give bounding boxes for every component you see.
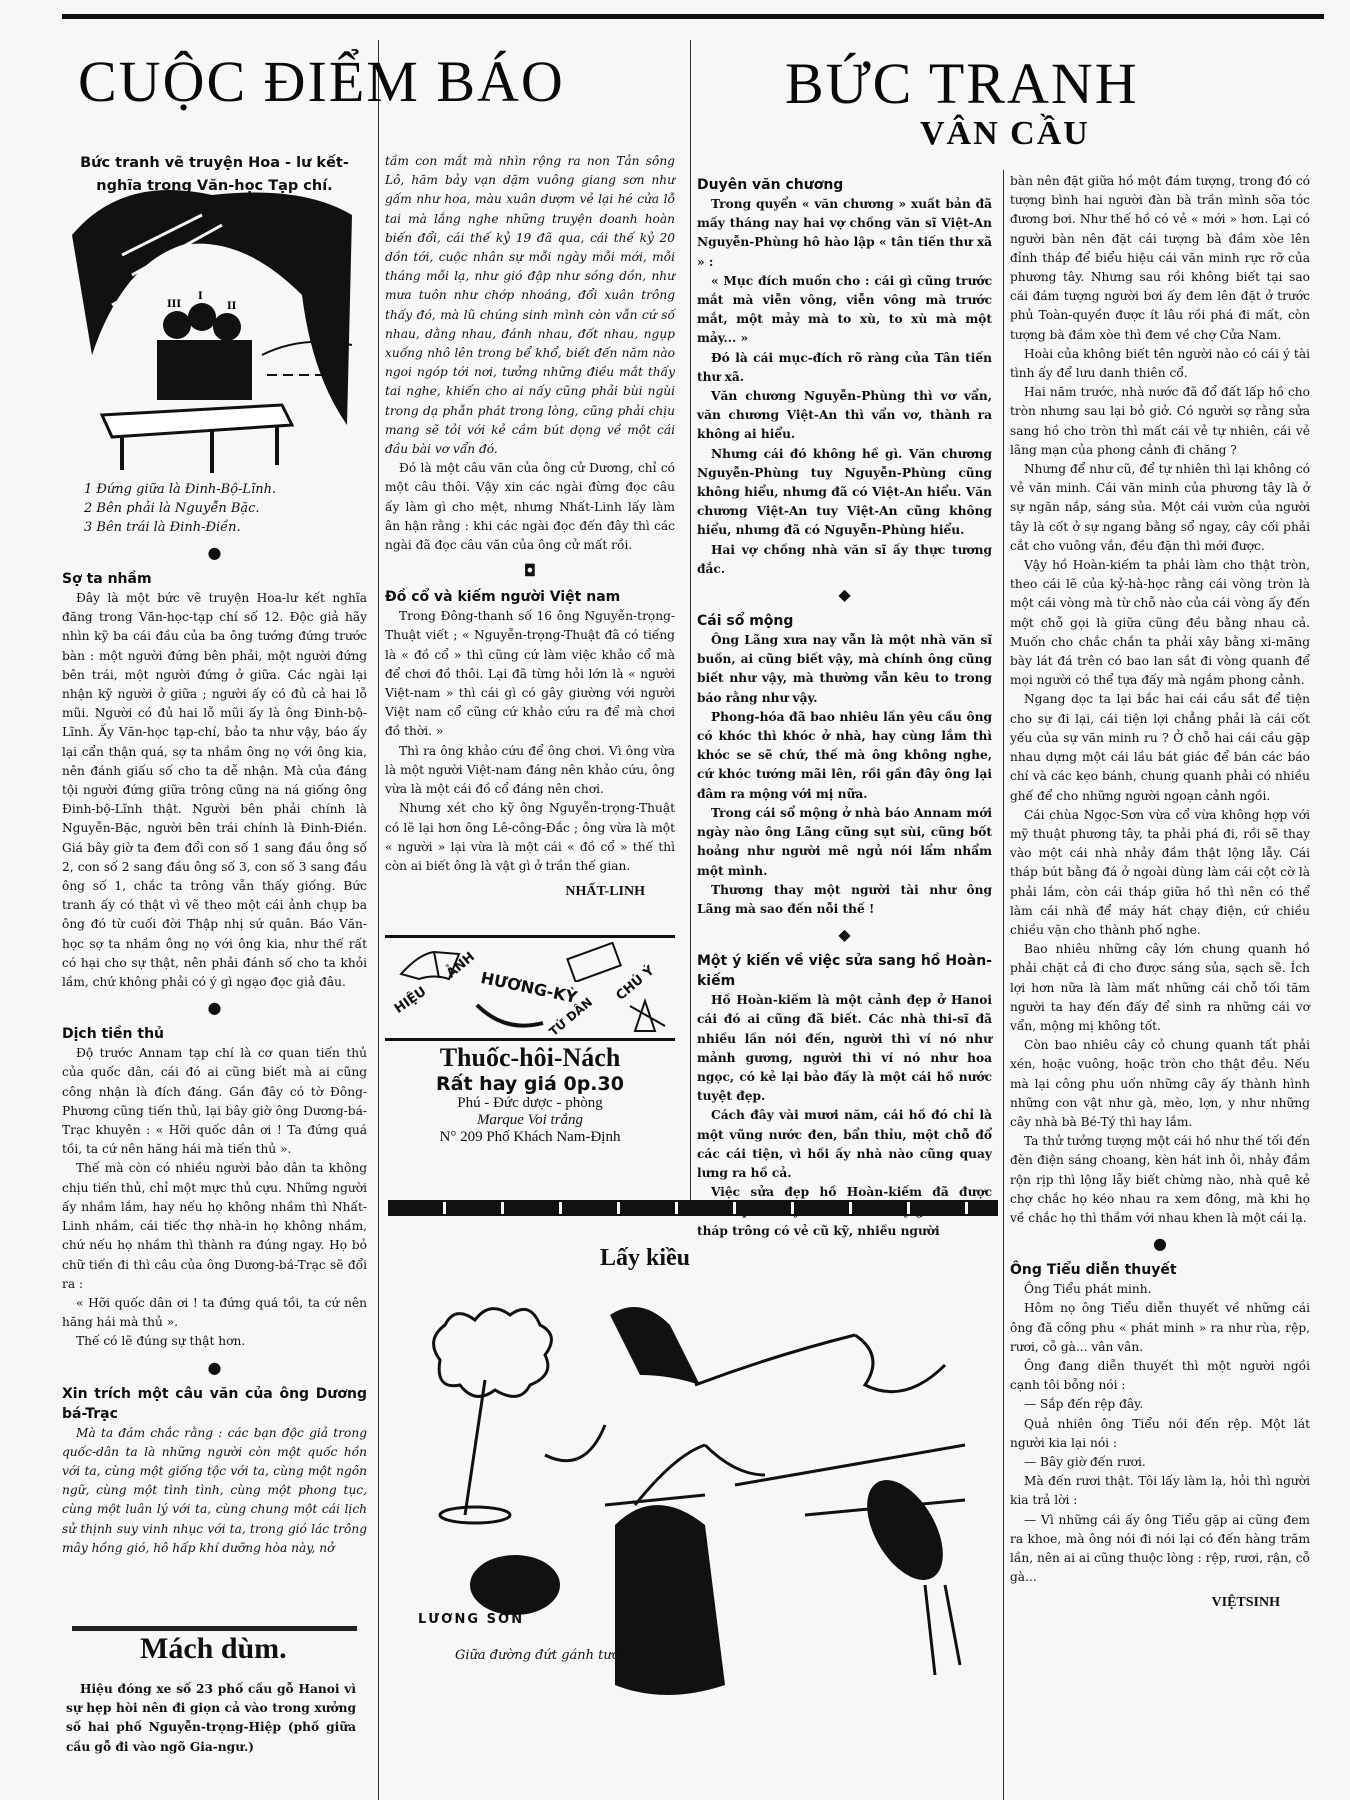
section-title: Sợ ta nhầm	[62, 569, 367, 589]
mach-dum-rule	[72, 1626, 357, 1631]
svg-text:III: III	[167, 299, 181, 310]
paragraph: Thế có lẽ đúng sự thật hơn.	[62, 1332, 367, 1351]
dot-separator-icon: ●	[62, 541, 367, 565]
ad-brand: Marque Voi trắng	[385, 1112, 675, 1129]
illustration-captions: 1 Đứng giữa là Đinh-Bộ-Lĩnh. 2 Bên phải …	[62, 480, 367, 537]
paragraph: Vậy hồ Hoàn-kiếm ta phải làm cho thật tr…	[1010, 556, 1310, 690]
ad-word: HIỆU	[392, 984, 429, 1016]
ad-word: HƯƠNG-KỲ	[479, 968, 579, 1007]
signature: NHẤT-LINH	[385, 882, 675, 901]
middle-column: tầm con mắt mà nhìn rộng ra non Tản sông…	[385, 152, 675, 901]
paragraph: Bao nhiêu những cây lớn chung quanh hồ p…	[1010, 940, 1310, 1036]
advertisement: HIỆU ẢNH HƯƠNG-KỲ TỨ DÂN CHÚ Ý Thuốc-hôi…	[385, 925, 680, 1180]
left-headline: CUỘC ĐIỂM BÁO	[78, 48, 565, 115]
svg-text:I: I	[198, 291, 203, 302]
paragraph: Đó là một câu văn của ông cử Dương, chỉ …	[385, 459, 675, 555]
paragraph: Trong quyển « văn chương » xuất bản đã m…	[697, 195, 992, 272]
paragraph: Hôm nọ ông Tiểu diễn thuyết về những cái…	[1010, 1299, 1310, 1357]
paragraph: Trong cái sổ mộng ở nhà báo Annam mới ng…	[697, 804, 992, 881]
paragraph: Nhưng xét cho kỹ ông Nguyễn-trọng-Thuật …	[385, 799, 675, 876]
paragraph: Quả nhiên ông Tiểu nói đến rệp. Một lát …	[1010, 1415, 1310, 1453]
cartoon-rule	[388, 1200, 998, 1216]
section-title: Một ý kiến về việc sửa sang hồ Hoàn-kiếm	[697, 951, 992, 991]
ring-separator-icon: ◘	[385, 559, 675, 583]
paragraph: Ngang dọc ta lại bắc hai cái cầu sắt để …	[1010, 690, 1310, 805]
paragraph: Độ trước Annam tạp chí là cơ quan tiến t…	[62, 1044, 367, 1159]
right-headline: BỨC TRANH	[785, 50, 1139, 117]
paragraph: Nhưng để như cũ, để tự nhiên thì lại khô…	[1010, 460, 1310, 556]
newspaper-page: CUỘC ĐIỂM BÁO BỨC TRANH VÂN CẦU Bức tran…	[0, 0, 1350, 1800]
paragraph: Hồ Hoàn-kiếm là một cảnh đẹp ở Hanoi cái…	[697, 991, 992, 1106]
ad-product: Thuốc-hôi-Nách	[385, 1043, 675, 1073]
paragraph: Trong Đông-thanh số 16 ông Nguyễn-trọng-…	[385, 607, 675, 741]
paragraph: Nhưng cái đó không hề gì. Văn chương Ngu…	[697, 445, 992, 541]
paragraph: Hai vợ chồng nhà văn sĩ ấy thực tương đắ…	[697, 541, 992, 579]
dot-separator-icon: ●	[62, 1356, 367, 1380]
lamp-icon	[625, 996, 670, 1036]
paragraph: Thương thay một người tài như ông Lãng m…	[697, 881, 992, 919]
paragraph: Thì ra ông khảo cứu để ông chơi. Vì ông …	[385, 742, 675, 800]
paragraph: bàn nên đặt giữa hồ một đám tượng, trong…	[1010, 172, 1310, 345]
ad-text: Thuốc-hôi-Nách Rất hay giá 0p.30 Phú - Đ…	[385, 1043, 675, 1146]
cartoon-credit: LƯƠNG SƠN	[418, 1612, 524, 1627]
paragraph: « Hỡi quốc dân ơi ! ta đứng quá tồi, ta …	[62, 1294, 367, 1332]
cartoon-caption: Giữa đường đứt gánh tương...	[455, 1648, 649, 1663]
section-title: Cái sổ mộng	[697, 611, 992, 631]
section-title: Xin trích một câu văn của ông Dương bá-T…	[62, 1384, 367, 1424]
column-divider	[378, 40, 379, 1800]
paragraph: Ta thử tưởng tượng một cái hồ như thế tố…	[1010, 1132, 1310, 1228]
signature: VIỆTSINH	[1010, 1593, 1310, 1612]
paragraph: Ông đang diễn thuyết thì một người ngồi …	[1010, 1357, 1310, 1395]
ad-maker: Phú - Đức dược - phòng	[385, 1095, 675, 1112]
diamond-separator-icon: ◆	[697, 923, 992, 947]
paragraph: Ông Lãng xưa nay vẫn là một nhà văn sĩ b…	[697, 631, 992, 708]
section-title: Dịch tiền thủ	[62, 1024, 367, 1044]
ad-tagline: Rất hay giá 0p.30	[385, 1073, 675, 1095]
top-rule	[62, 14, 1324, 19]
paragraph: « Mục đích muốn cho : cái gì cũng trước …	[697, 272, 992, 349]
dot-separator-icon: ●	[62, 996, 367, 1020]
diamond-separator-icon: ◆	[697, 583, 992, 607]
paragraph: Phong-hóa đã bao nhiêu lần yêu cầu ông c…	[697, 708, 992, 804]
paragraph: Hoài của không biết tên người nào có cái…	[1010, 345, 1310, 383]
paragraph: Hai năm trước, nhà nước đã đổ đất lấp hồ…	[1010, 383, 1310, 460]
paragraph: Mà đến rươi thật. Tôi lấy làm lạ, hỏi th…	[1010, 1472, 1310, 1510]
caption-2: 2 Bên phải là Nguyễn Bặc.	[84, 499, 367, 518]
ad-banner: HIỆU ẢNH HƯƠNG-KỲ TỨ DÂN CHÚ Ý	[385, 935, 675, 1041]
boat-icon	[475, 1003, 545, 1033]
woodcut-illustration-icon: III I II	[62, 175, 362, 475]
paragraph: tầm con mắt mà nhìn rộng ra non Tản sông…	[385, 152, 675, 459]
book-icon	[399, 944, 469, 984]
paragraph: Cách đây vài mươi năm, cái hồ đó chỉ là …	[697, 1106, 992, 1183]
column-divider	[690, 40, 691, 1210]
ad-address: N° 209 Phố Khách Nam-Định	[385, 1129, 675, 1146]
paragraph: Thế mà còn có nhiều người bảo dân ta khô…	[62, 1159, 367, 1293]
caption-1: 1 Đứng giữa là Đinh-Bộ-Lĩnh.	[84, 480, 367, 499]
section-title: Đồ cổ và kiếm người Việt nam	[385, 587, 675, 607]
left-article-body: 1 Đứng giữa là Đinh-Bộ-Lĩnh. 2 Bên phải …	[62, 480, 367, 1558]
paragraph: Hiệu đóng xe số 23 phố cầu gỗ Hanoi vì s…	[66, 1680, 356, 1757]
cartoon-title: Lấy kiều	[600, 1245, 690, 1272]
paragraph: — Sắp đến rệp đây.	[1010, 1395, 1310, 1414]
paragraph: Văn chương Nguyễn-Phùng thì vơ vẩn, văn …	[697, 387, 992, 445]
paragraph: Cái chùa Ngọc-Sơn vừa cổ vừa không hợp v…	[1010, 806, 1310, 940]
dot-separator-icon: ●	[1010, 1232, 1310, 1256]
section-title: Duyên văn chương	[697, 175, 992, 195]
paragraph: Còn bao nhiêu cây cỏ chung quanh tất phả…	[1010, 1036, 1310, 1132]
paragraph: Mà ta đám chắc rằng : các bạn độc giả tr…	[62, 1424, 367, 1558]
cartoon-drawing-icon	[405, 1285, 995, 1745]
section-title: Ông Tiểu diễn thuyết	[1010, 1260, 1310, 1280]
paragraph: — Vì những cái ấy ông Tiểu gặp ai cũng đ…	[1010, 1511, 1310, 1588]
mach-dum-notice: Hiệu đóng xe số 23 phố cầu gỗ Hanoi vì s…	[66, 1680, 356, 1757]
column-divider	[1003, 170, 1004, 1800]
right-article-column-b: bàn nên đặt giữa hồ một đám tượng, trong…	[1010, 172, 1310, 1613]
paragraph: Đó là cái mục-đích rõ ràng của Tân tiến …	[697, 349, 992, 387]
mach-dum-title: Mách dùm.	[140, 1632, 287, 1666]
flag-icon	[565, 942, 625, 982]
right-subheadline: VÂN CẦU	[920, 115, 1090, 153]
paragraph: — Bây giờ đến rươi.	[1010, 1453, 1310, 1472]
paragraph: Ông Tiểu phát minh.	[1010, 1280, 1310, 1299]
right-article-column-a: Duyên văn chương Trong quyển « văn chươn…	[697, 175, 992, 1241]
paragraph: Đây là một bức vẽ truyện Hoa-lư kết nghĩ…	[62, 589, 367, 992]
svg-text:II: II	[227, 301, 237, 312]
caption-3: 3 Bên trái là Đinh-Điền.	[84, 518, 367, 537]
